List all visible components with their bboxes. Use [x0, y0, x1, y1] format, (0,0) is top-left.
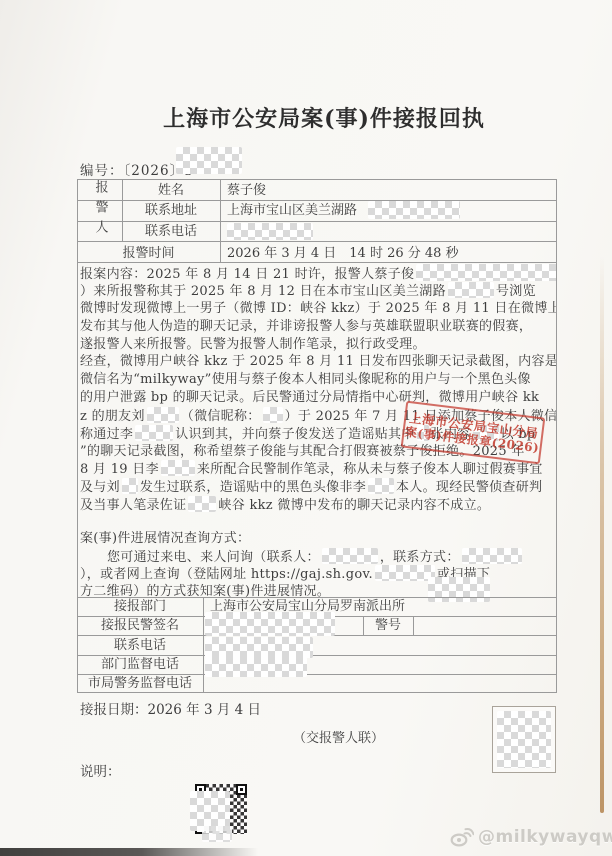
receipt-date-line: 接报日期：2026 年 3 月 4 日 — [80, 702, 261, 718]
qr-code-box — [492, 706, 556, 773]
weibo-watermark: @milkywayqwq — [450, 827, 612, 847]
censor-mosaic — [147, 407, 179, 423]
censor-mosaic — [322, 548, 378, 564]
paper-edge — [600, 255, 604, 813]
censor-mosaic — [368, 201, 460, 219]
censor-mosaic — [227, 223, 313, 240]
censor-mosaic — [205, 612, 335, 636]
report-time-label: 报警时间 — [77, 246, 220, 262]
query-method-line: 您可通过来电、来人问询（联系人：，联系方式： — [80, 548, 556, 566]
phone-label: 联系电话 — [122, 224, 220, 240]
copy-note: （交报警人联） — [293, 731, 384, 747]
report-content-line: 遂报警人来所报警。民警为报警人制作笔录，拟行政受理。 — [80, 336, 556, 353]
censor-mosaic — [462, 548, 522, 564]
name-value: 蔡子俊 — [227, 183, 266, 199]
report-content-line: ）来所报警称其于 2025 年 8 月 12 日在本市宝山区美兰湖路号浏览 — [80, 282, 556, 300]
censor-mosaic — [188, 496, 216, 512]
report-content-line: 微信名为“milkyway”使用与蔡子俊本人相同头像昵称的用户与一个黑色头像 — [80, 371, 556, 388]
censor-mosaic — [448, 282, 494, 298]
censor-mosaic — [161, 460, 195, 476]
report-content-line: 经查，微博用户峡谷 kkz 于 2025 年 8 月 11 日发布四张聊天记录截… — [80, 353, 556, 370]
officer-signature-label: 接报民警签名 — [77, 618, 203, 634]
censor-mosaic — [205, 657, 307, 677]
qr-code — [193, 782, 249, 836]
badge-number-label: 警号 — [363, 618, 413, 634]
document-title: 上海市公安局案(事)件接报回执 — [18, 102, 612, 133]
report-content-line: 的用户泄露 bp 的聊天记录。后民警通过分局情指中心研判，微博用户峡谷 kk — [80, 389, 556, 406]
censor-mosaic — [416, 264, 556, 281]
contact-phone-label: 联系电话 — [77, 638, 203, 654]
censor-mosaic — [263, 407, 283, 423]
name-label: 姓名 — [122, 183, 220, 199]
photo-edge-shadow — [0, 848, 258, 856]
censor-mosaic — [135, 425, 173, 441]
query-method-heading: 案(事)件进展情况查询方式： — [80, 530, 556, 547]
report-content-line: 报案内容：2025 年 8 月 14 日 21 时许，报警人蔡子俊 — [80, 264, 556, 283]
report-time-value: 2026 年 3 月 4 日 14 时 26 分 48 秒 — [227, 246, 459, 262]
city-supervision-phone-label: 市局警务监督电话 — [77, 676, 203, 692]
report-content-line: 发布其与他人伪造的聊天记录，并诽谤报警人参与英雄联盟职业联赛的假赛， — [80, 318, 556, 335]
censor-mosaic — [122, 478, 138, 494]
report-content-line: 及当事人笔录佐证峡谷 kkz 微博中发布的聊天记录内容不成立。 — [80, 496, 556, 514]
censor-mosaic — [497, 711, 551, 768]
censor-mosaic — [176, 147, 242, 174]
report-content-line: 微博时发现微博上一男子（微博 ID：峡谷 kkz）于 2025 年 8 月 11… — [80, 300, 556, 317]
address-label: 联系地址 — [122, 203, 220, 219]
receiving-dept-label: 接报部门 — [77, 599, 203, 615]
note-label: 说明： — [80, 764, 121, 780]
censor-mosaic — [190, 791, 230, 831]
watermark-handle: @milkywayqwq — [478, 827, 612, 847]
censor-mosaic — [368, 478, 394, 494]
address-value: 上海市宝山区美兰湖路 — [227, 203, 357, 219]
report-content-line: 8 月 19 日李来所配合民警制作笔录，称从未与蔡子俊本人聊过假赛事宜 — [80, 460, 556, 478]
censor-mosaic — [375, 565, 435, 581]
qr-finder-icon — [236, 784, 247, 795]
censor-mosaic — [202, 826, 232, 842]
reporter-group-label: 报警人 — [78, 180, 121, 240]
report-content-line: 及与刘发生过联系，造谣贴中的黑色头像非李本人。现经民警侦查研判 — [80, 478, 556, 496]
dept-supervision-phone-label: 部门监督电话 — [77, 657, 203, 673]
censor-mosaic — [205, 637, 313, 658]
police-report-receipt: 上海市公安局案(事)件接报回执 编号：〔2026〕3 报警人 姓名 蔡子俊 联系… — [0, 0, 612, 856]
weibo-icon — [450, 827, 474, 847]
